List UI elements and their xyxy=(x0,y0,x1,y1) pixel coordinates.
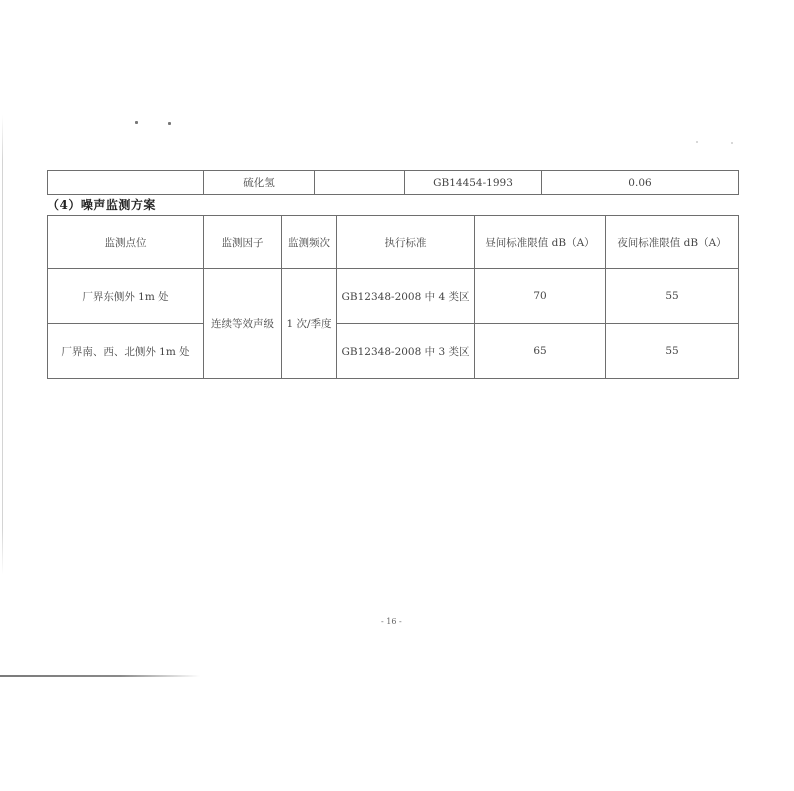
table-header-row: 监测点位 监测因子 监测频次 执行标准 昼间标准限值 dB（A） 夜间标准限值 … xyxy=(48,216,739,269)
air-monitoring-table-continuation: 硫化氢 GB14454-1993 0.06 xyxy=(47,170,739,195)
standard-cell: GB12348-2008 中 3 类区 xyxy=(337,324,475,379)
standard-cell: GB14454-1993 xyxy=(405,171,542,195)
night-limit-cell: 55 xyxy=(606,324,739,379)
pollutant-cell: 硫化氢 xyxy=(204,171,315,195)
noise-monitoring-table: 监测点位 监测因子 监测频次 执行标准 昼间标准限值 dB（A） 夜间标准限值 … xyxy=(47,215,739,379)
factor-cell: 连续等效声级 xyxy=(204,269,282,379)
section-heading: （4）噪声监测方案 xyxy=(47,196,156,213)
day-limit-cell: 65 xyxy=(475,324,606,379)
standard-cell: GB12348-2008 中 4 类区 xyxy=(337,269,475,324)
table-row: 硫化氢 GB14454-1993 0.06 xyxy=(48,171,739,195)
empty-cell xyxy=(48,171,204,195)
scan-speck xyxy=(168,122,171,125)
footer-divider xyxy=(0,675,200,677)
day-limit-cell: 70 xyxy=(475,269,606,324)
scan-page-edge xyxy=(2,115,3,575)
scan-speck xyxy=(731,142,733,144)
frequency-cell: 1 次/季度 xyxy=(282,269,337,379)
header-standard: 执行标准 xyxy=(337,216,475,269)
location-cell: 厂界南、西、北侧外 1m 处 xyxy=(48,324,204,379)
header-location: 监测点位 xyxy=(48,216,204,269)
header-factor: 监测因子 xyxy=(204,216,282,269)
header-night-limit: 夜间标准限值 dB（A） xyxy=(606,216,739,269)
table-row: 厂界东侧外 1m 处 连续等效声级 1 次/季度 GB12348-2008 中 … xyxy=(48,269,739,324)
night-limit-cell: 55 xyxy=(606,269,739,324)
limit-cell: 0.06 xyxy=(542,171,739,195)
location-cell: 厂界东侧外 1m 处 xyxy=(48,269,204,324)
page-number: - 16 - xyxy=(381,617,402,626)
table-row: 厂界南、西、北侧外 1m 处 GB12348-2008 中 3 类区 65 55 xyxy=(48,324,739,379)
scan-speck xyxy=(135,121,138,124)
empty-cell xyxy=(315,171,405,195)
scan-speck xyxy=(696,141,698,143)
header-frequency: 监测频次 xyxy=(282,216,337,269)
header-day-limit: 昼间标准限值 dB（A） xyxy=(475,216,606,269)
